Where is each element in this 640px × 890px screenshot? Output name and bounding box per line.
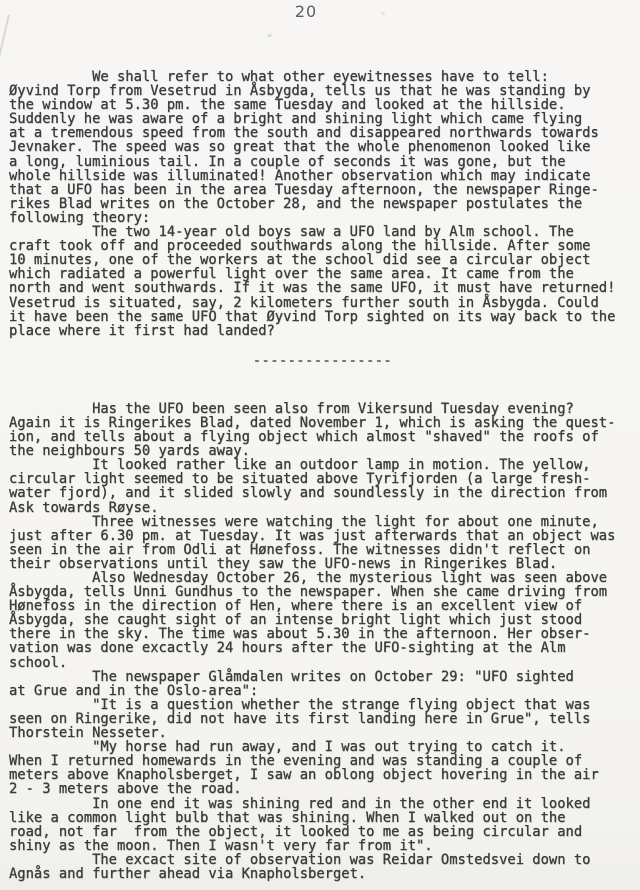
- text-line: ion, and tells about a flying object whi…: [9, 430, 637, 444]
- text-line: 2 - 3 meters above the road.: [9, 782, 637, 796]
- text-line: rikes Blad writes on the October 28, and…: [9, 197, 637, 211]
- paragraph: It looked rather like an outdoor lamp in…: [9, 458, 637, 514]
- text-line: When I returned homewards in the evening…: [9, 754, 637, 768]
- text-line: Also Wednesday October 26, the mysteriou…: [9, 571, 637, 585]
- text-line: Åsbygda, she caught sight of an intense …: [9, 613, 637, 627]
- text-line: Three witnesses were watching the light …: [9, 515, 637, 529]
- text-line: the window at 5.30 pm. the same Tuesday …: [9, 98, 637, 112]
- text-line: Agnås and further ahead via Knapholsberg…: [9, 867, 637, 881]
- text-line: that a UFO has been in the area Tuesday …: [9, 183, 637, 197]
- paragraph: Also Wednesday October 26, the mysteriou…: [9, 571, 637, 670]
- text-line: Ask towards Røyse.: [9, 501, 637, 515]
- text-line: "My horse had run away, and I was out tr…: [9, 740, 637, 754]
- paragraph: Three witnesses were watching the light …: [9, 515, 637, 571]
- scan-artifact: [267, 34, 272, 37]
- text-line: whole hillside was illuminated! Another …: [9, 169, 637, 183]
- text-line: at a tremendous speed from the south and…: [9, 126, 637, 140]
- text-line: their observations until they saw the UF…: [9, 557, 637, 571]
- paragraph: In one end it was shining red and in the…: [9, 797, 637, 853]
- text-line: just after 6.30 pm. at Tuesday. It was j…: [9, 529, 637, 543]
- paragraph: The newspaper Glåmdalen writes on Octobe…: [9, 670, 637, 698]
- text-line: road, not far from the object, it looked…: [9, 825, 637, 839]
- text-line: following theory:: [9, 211, 637, 225]
- text-line: Again it is Ringerikes Blad, dated Novem…: [9, 416, 637, 430]
- page-body: We shall refer to what other eyewitnesse…: [9, 70, 637, 881]
- paragraph: "It is a question whether the strange fl…: [9, 698, 637, 740]
- text-line: Åsbygda, tells Unni Gundhus to the newsp…: [9, 585, 637, 599]
- page-number: 20: [0, 2, 626, 21]
- text-line: vation was done excactly 24 hours after …: [9, 641, 637, 655]
- text-line: In one end it was shining red and in the…: [9, 797, 637, 811]
- text-line: circular light seemed to be situated abo…: [9, 472, 637, 486]
- paragraph: The two 14-year old boys saw a UFO land …: [9, 225, 637, 338]
- text-line: The newspaper Glåmdalen writes on Octobe…: [9, 670, 637, 684]
- text-line: 10 minutes, one of the workers at the sc…: [9, 253, 637, 267]
- text-line: Has the UFO been seen also from Vikersun…: [9, 402, 637, 416]
- text-line: place where it first had landed?: [9, 324, 637, 338]
- text-line: north and went southwards. If it was the…: [9, 281, 637, 295]
- text-line: Thorstein Nesseter.: [9, 726, 637, 740]
- text-line: "It is a question whether the strange fl…: [9, 698, 637, 712]
- text-line: seen in the air from Odli at Hønefoss. T…: [9, 543, 637, 557]
- text-line: like a common light bulb that was shinin…: [9, 811, 637, 825]
- text-line: craft took off and proceeded southwards …: [9, 239, 637, 253]
- text-line: The excact site of observation was Reida…: [9, 853, 637, 867]
- paragraph: Has the UFO been seen also from Vikersun…: [9, 402, 637, 458]
- paragraph: "My horse had run away, and I was out tr…: [9, 740, 637, 796]
- text-line: school.: [9, 656, 637, 670]
- text-line: the neighbours 50 yards away.: [9, 444, 637, 458]
- paragraph: The excact site of observation was Reida…: [9, 853, 637, 881]
- text-line: seen on Ringerike, did not have its firs…: [9, 712, 637, 726]
- text-line: Suddenly he was aware of a bright and sh…: [9, 112, 637, 126]
- text-line: Øyvind Torp from Vesetrud in Åsbygda, te…: [9, 84, 637, 98]
- text-line: meters above Knapholsberget, I saw an ob…: [9, 768, 637, 782]
- text-line: a long, luminious tail. In a couple of s…: [9, 155, 637, 169]
- text-line: Vesetrud is situated, say, 2 kilometers …: [9, 296, 637, 310]
- text-line: water fjord), and it slided slowly and s…: [9, 486, 637, 500]
- text-line: it have been the same UFO that Øyvind To…: [9, 310, 637, 324]
- text-line: shiny as the moon. Then I wasn't very fa…: [9, 839, 637, 853]
- text-line: The two 14-year old boys saw a UFO land …: [9, 225, 637, 239]
- dashed-separator: ----------------: [9, 354, 637, 368]
- text-line: Jevnaker. The speed was so great that th…: [9, 140, 637, 154]
- text-line: at Grue and in the Oslo-area":: [9, 684, 637, 698]
- text-line: We shall refer to what other eyewitnesse…: [9, 70, 637, 84]
- text-line: It looked rather like an outdoor lamp in…: [9, 458, 637, 472]
- text-line: which radiated a powerful light over the…: [9, 267, 637, 281]
- paragraph: We shall refer to what other eyewitnesse…: [9, 70, 637, 225]
- document-page: 20 We shall refer to what other eyewitne…: [0, 0, 640, 890]
- text-line: there in the sky. The time was about 5.3…: [9, 627, 637, 641]
